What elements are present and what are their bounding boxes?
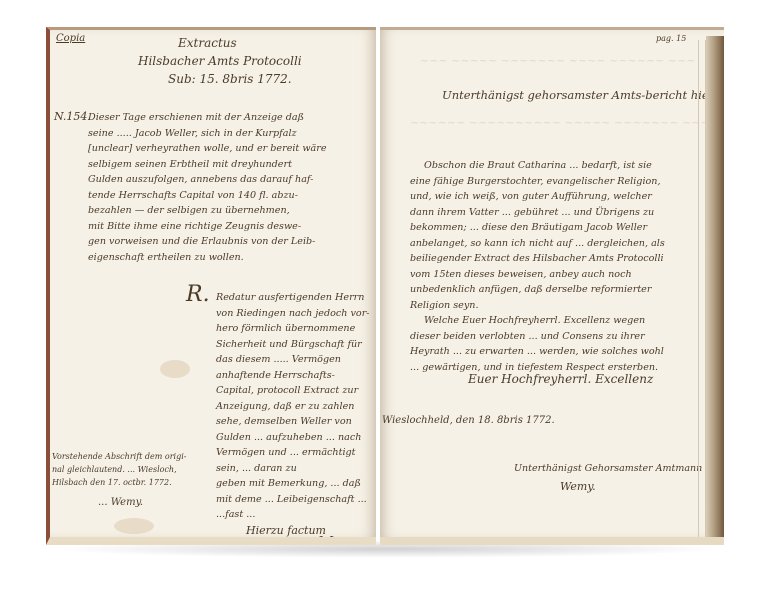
attestation-line: Vorstehende Abschrift dem origi-	[52, 450, 202, 463]
closing-formula: Euer Hochfreyherrl. Excellenz	[468, 372, 653, 386]
heading-line-1: Extractus	[178, 36, 237, 50]
resolution-line: anhaftende Herrschafts-	[216, 368, 376, 384]
attestation-line: nal gleichlautend. ... Wiesloch,	[52, 463, 202, 476]
paper-stain	[114, 518, 154, 534]
bleed-through-text: ~~~ ~~~~~ ~~~~~~~ ~~~~ ~~~~~~ ~~~	[420, 54, 696, 68]
entry-line: seine ..... Jacob Weller, sich in der Ku…	[88, 126, 374, 142]
resolution-line: das diesem ..... Vermögen	[216, 352, 376, 368]
entry-line: Dieser Tage erschienen mit der Anzeige d…	[88, 110, 374, 126]
resolution-line: Anzeigung, daß er zu zahlen	[216, 399, 376, 415]
entry-number: N.154.	[54, 110, 91, 124]
entry-line: eigenschaft ertheilen zu wollen.	[88, 250, 374, 266]
resolution-text: Redatur ausfertigenden Herrn von Rieding…	[216, 290, 376, 523]
salutation: Unterthänigst gehorsamster Amts-bericht …	[442, 88, 724, 102]
resolution-line: sehe, demselben Weller von	[216, 414, 376, 430]
attestation-note: Vorstehende Abschrift dem origi- nal gle…	[52, 450, 202, 489]
signature: Wemy.	[560, 480, 596, 494]
resolution-initial: R.	[186, 288, 210, 302]
right-page: pag. 15 ~~~ ~~~~~ ~~~~~~~ ~~~~ ~~~~~~ ~~…	[380, 27, 724, 545]
resolution-line: mit deme ... Leibeigenschaft ...	[216, 492, 376, 508]
entry-line: bezahlen — der selbigen zu übernehmen,	[88, 203, 374, 219]
entry-line: gen vorweisen und die Erlaubnis von der …	[88, 234, 374, 250]
resolution-line: von Riedingen nach jedoch vor-	[216, 306, 376, 322]
resolution-line: Redatur ausfertigenden Herrn	[216, 290, 376, 306]
open-manuscript-book: Copia Extractus Hilsbacher Amts Protocol…	[46, 27, 724, 549]
resolution-line: ...fast ...	[216, 507, 376, 523]
entry-text: Dieser Tage erschienen mit der Anzeige d…	[88, 110, 374, 265]
place-date: Wieslochheld, den 18. 8bris 1772.	[382, 414, 555, 428]
report-paragraph: Obschon die Braut Catharina ... bedarft,…	[410, 158, 672, 313]
resolution-closing: Hierzu factum	[246, 524, 326, 538]
book-fore-edge	[706, 36, 724, 544]
heading-line-2: Hilsbacher Amts Protocolli	[138, 54, 302, 68]
resolution-line: Sicherheit und Bürgschaft für	[216, 337, 376, 353]
corner-note-copia: Copia	[56, 32, 85, 46]
resolution-line: Vermögen und ... ermächtigt	[216, 445, 376, 461]
entry-line: mit Bitte ihme eine richtige Zeugnis des…	[88, 219, 374, 235]
entry-line: tende Herrschafts Capital von 140 fl. ab…	[88, 188, 374, 204]
left-page: Copia Extractus Hilsbacher Amts Protocol…	[46, 27, 376, 545]
resolution-line: hero förmlich übernommene	[216, 321, 376, 337]
entry-line: selbigem seinen Erbtheil mit dreyhundert	[88, 157, 374, 173]
resolution-line: Gulden ... aufzuheben ... nach	[216, 430, 376, 446]
report-body: Obschon die Braut Catharina ... bedarft,…	[410, 158, 672, 375]
signature-line: Unterthänigst Gehorsamster Amtmann ...	[514, 462, 714, 476]
entry-line: Gulden auszufolgen, annebens das darauf …	[88, 172, 374, 188]
page-edges	[698, 40, 706, 540]
attestation-signature: ... Wemy.	[98, 496, 143, 510]
bleed-through-text: ~~~~~~ ~~~~~~~~~~ ~~~~~ ~~~~~~~ ~~~	[410, 116, 710, 130]
resolution-signature: J. Jung	[318, 534, 354, 545]
resolution-line: sein, ... daran zu	[216, 461, 376, 477]
heading-line-3: Sub: 15. 8bris 1772.	[168, 72, 292, 86]
paper-stain	[160, 360, 190, 378]
report-paragraph: Welche Euer Hochfreyherrl. Excellenz weg…	[410, 313, 672, 375]
resolution-line: Capital, protocoll Extract zur	[216, 383, 376, 399]
resolution-line: geben mit Bemerkung, ... daß	[216, 476, 376, 492]
page-number-note: pag. 15	[656, 32, 686, 46]
entry-line: [unclear] verheyrathen wolle, und er ber…	[88, 141, 374, 157]
attestation-line: Hilsbach den 17. octbr. 1772.	[52, 476, 202, 489]
